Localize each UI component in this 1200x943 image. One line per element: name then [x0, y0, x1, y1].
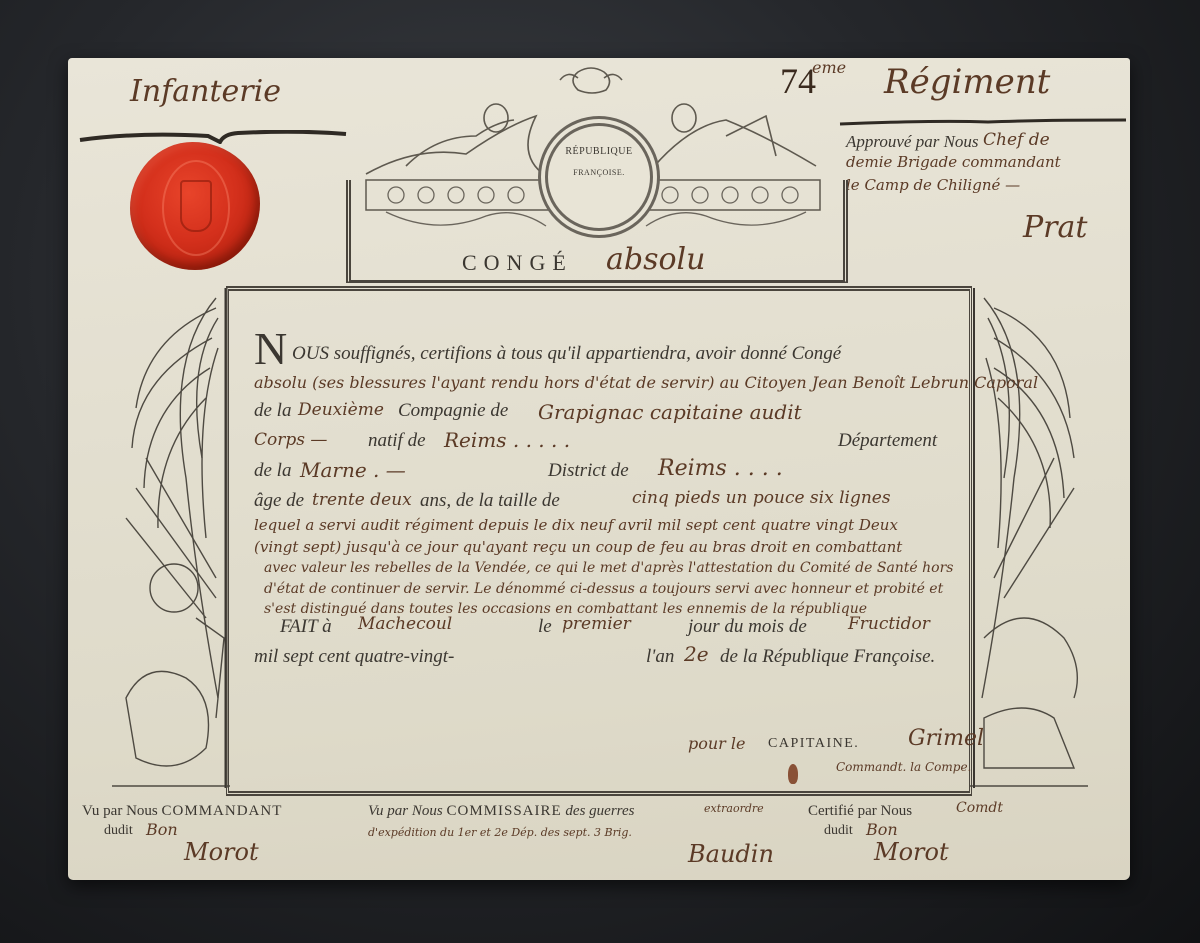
flourish-divider	[838, 116, 1128, 128]
body-line-5-hand: Marne . —	[300, 458, 406, 482]
body-line-6-printed: ans, de la taille de	[420, 490, 560, 512]
palm-trophy-engraving-right	[964, 278, 1094, 798]
palm-trophy-engraving-left	[106, 278, 236, 798]
footer-right-hand: Bon	[866, 820, 898, 839]
body-line-1: OUS souffignés, certifions à tous qu'il …	[292, 343, 841, 365]
footer-center-printed: Vu par Nous COMMISSAIRE des guerres	[368, 803, 634, 820]
body-line-3-hand: Deuxième	[298, 400, 384, 420]
approval-handwritten: demie Brigade commandant	[846, 153, 1061, 171]
footer-text: COMMANDANT	[162, 803, 283, 819]
body-line-10: d'état de continuer de servir. Le dénomm…	[264, 581, 943, 597]
body-line-12-hand: Fructidor	[848, 614, 930, 634]
footer-right-signature: Morot	[874, 838, 949, 866]
footer-text: Vu par Nous	[82, 803, 158, 819]
conge-printed-title: CONGÉ	[462, 250, 573, 276]
footer-center-hand: d'expédition du 1er et 2e Dép. des sept.…	[368, 826, 632, 839]
body-line-12-printed: FAIT à	[280, 616, 332, 638]
footer-right-hand: Comdt	[956, 800, 1003, 816]
body-line-4-hand: Reims . . . . .	[444, 428, 570, 452]
body-line-5-hand: Reims . . . .	[658, 456, 783, 481]
body-line-6-printed: âge de	[254, 490, 304, 512]
footer-left-printed: Vu par Nous COMMANDANT	[82, 803, 282, 820]
ink-blot	[788, 764, 798, 784]
red-wax-seal-icon	[130, 142, 260, 270]
body-line-4-hand: Corps —	[254, 430, 327, 450]
footer-right-printed: Certifié par Nous	[808, 803, 912, 820]
body-line-3-printed: de la	[254, 400, 291, 422]
body-line-7: lequel a servi audit régiment depuis le …	[254, 516, 898, 534]
captain-label: CAPITAINE.	[768, 736, 859, 752]
captain-subline: Commandt. la Compe.	[836, 760, 971, 774]
body-line-12-printed: le	[538, 616, 552, 638]
footer-center-signature: Baudin	[688, 840, 774, 868]
footer-center-hand: extraordre	[704, 802, 764, 815]
medallion-text: RÉPUBLIQUE	[538, 146, 660, 157]
body-line-5-printed: District de	[548, 460, 629, 482]
flourish-divider	[78, 130, 348, 144]
body-line-4-printed: natif de	[368, 430, 426, 452]
approval-handwritten: Chef de	[983, 130, 1050, 150]
body-line-12-printed: jour du mois de	[688, 616, 807, 638]
body-line-6-hand: cinq pieds un pouce six lignes	[632, 488, 891, 508]
body-line-2: absolu (ses blessures l'ayant rendu hors…	[254, 373, 1038, 392]
footer-text: Vu par Nous	[368, 803, 443, 819]
footer-text: des guerres	[565, 803, 634, 819]
approval-signature: Prat	[1023, 210, 1087, 245]
footer-right-dudit: dudit	[824, 823, 853, 839]
body-line-4-printed: Département	[838, 430, 937, 452]
footer-left-dudit: dudit	[104, 823, 133, 839]
regiment-label: Régiment	[884, 62, 1050, 102]
footer-left-hand: Bon	[146, 820, 178, 839]
medallion-text: FRANÇOISE.	[538, 168, 660, 177]
discharge-certificate: Infanterie 74 eme Régiment Approuvé par …	[68, 58, 1130, 880]
body-line-12-hand: Machecoul	[358, 614, 452, 634]
captain-signature: Grimel	[908, 726, 984, 751]
branch-label: Infanterie	[130, 74, 281, 109]
body-line-3-printed: Compagnie de	[398, 400, 508, 422]
footer-text: COMMISSAIRE	[446, 803, 561, 819]
body-line-9: avec valeur les rebelles de la Vendée, c…	[264, 560, 954, 576]
conge-handwritten-title: absolu	[606, 242, 705, 277]
body-line-12-hand: premier	[562, 614, 631, 634]
body-line-3-hand: Grapignac capitaine audit	[538, 400, 802, 424]
drop-cap: N	[254, 322, 287, 375]
body-line-8: (vingt sept) jusqu'à ce jour qu'ayant re…	[254, 538, 902, 556]
approval-handwritten: le Camp de Chiligné —	[846, 176, 1020, 194]
approval-printed: Approuvé par Nous	[846, 132, 979, 152]
footer-left-signature: Morot	[184, 838, 259, 866]
republic-medallion	[538, 116, 660, 238]
body-line-13-hand: 2e	[684, 642, 709, 666]
body-line-5-printed: de la	[254, 460, 291, 482]
body-line-6-hand: trente deux	[312, 490, 412, 510]
body-line-13-printed: de la République Françoise.	[720, 646, 935, 668]
body-line-13-printed: l'an	[646, 646, 674, 668]
captain-prefix: pour le	[688, 734, 746, 753]
body-line-13-printed: mil sept cent quatre-vingt-	[254, 646, 454, 668]
